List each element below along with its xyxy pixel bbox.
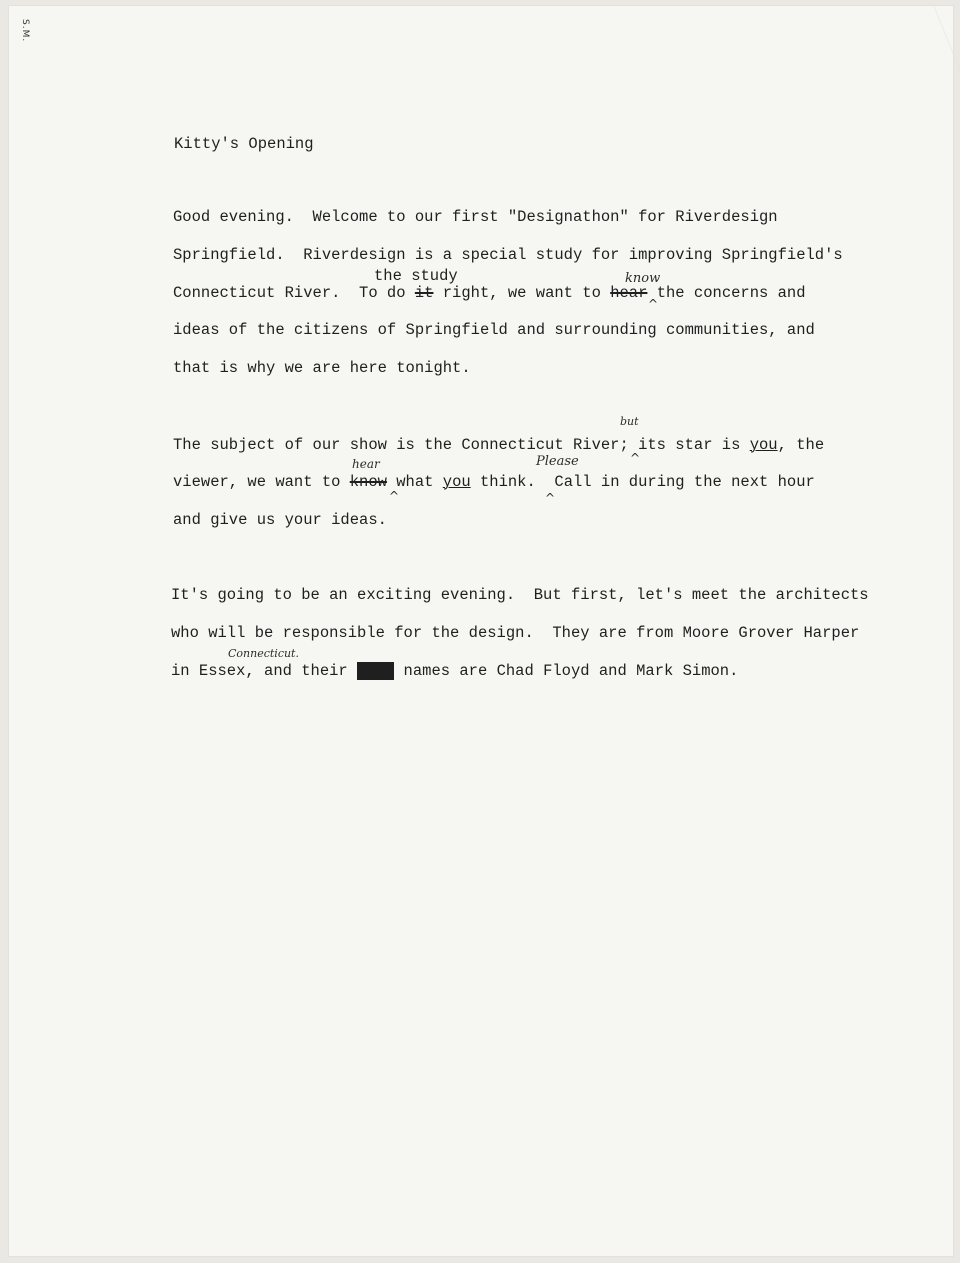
text-segment: names are Chad Floyd and Mark Simon.: [394, 662, 738, 680]
paragraph-3-line-3: in Essex, and their xxxx names are Chad …: [171, 662, 738, 680]
page-crease: [873, 5, 960, 105]
handwritten-insertion-but: but: [620, 415, 639, 428]
document-title: Kitty's Opening: [174, 135, 314, 153]
insertion-caret: ^: [389, 489, 399, 503]
text-segment: its star is: [638, 436, 750, 454]
text-segment: Call in during the next hour: [554, 473, 814, 491]
text-segment: Connecticut River. To do: [173, 284, 415, 302]
paragraph-3-line-2: who will be responsible for the design. …: [171, 624, 859, 642]
handwritten-insertion-know: know: [625, 271, 660, 286]
text-segment: The subject of our show is the Connectic…: [173, 436, 638, 454]
paragraph-3-line-1: It's going to be an exciting evening. Bu…: [171, 586, 869, 604]
paragraph-1-line-2: Springfield. Riverdesign is a special st…: [173, 246, 843, 264]
typed-insertion-the-study: the study: [374, 267, 458, 285]
text-segment: the concerns and: [647, 284, 805, 302]
paragraph-1-line-1: Good evening. Welcome to our first "Desi…: [173, 208, 778, 226]
underlined-word-you: you: [443, 473, 471, 491]
text-segment: in Essex, and their: [171, 662, 357, 680]
struck-word-hear: hear: [610, 284, 647, 302]
insertion-caret: ^: [545, 491, 555, 505]
insertion-caret: ^: [630, 451, 640, 465]
paragraph-2-line-2: viewer, we want to know what you think. …: [173, 473, 815, 491]
paragraph-1-line-5: that is why we are here tonight.: [173, 359, 471, 377]
underlined-word-you: you: [750, 436, 778, 454]
text-segment: right, we want to: [433, 284, 610, 302]
paragraph-1-line-4: ideas of the citizens of Springfield and…: [173, 321, 815, 339]
insertion-caret: ^: [648, 297, 658, 311]
handwritten-insertion-hear: hear: [352, 457, 380, 471]
text-segment: viewer, we want to: [173, 473, 350, 491]
paragraph-1-line-3: Connecticut River. To do it right, we wa…: [173, 284, 806, 302]
struck-word-it: it: [415, 284, 434, 302]
xed-out-word: xxxx: [357, 662, 394, 680]
handwritten-insertion-please: Please: [536, 454, 579, 469]
handwritten-insertion-connecticut: Connecticut.: [228, 647, 299, 660]
text-segment: , the: [778, 436, 825, 454]
paragraph-2-line-1: The subject of our show is the Connectic…: [173, 436, 824, 454]
margin-note: S.M.: [20, 19, 30, 42]
paragraph-2-line-3: and give us your ideas.: [173, 511, 387, 529]
struck-word-know: know: [350, 473, 387, 491]
document-page: S.M. Kitty's Opening Good evening. Welco…: [8, 5, 954, 1257]
text-segment: think.: [471, 473, 555, 491]
